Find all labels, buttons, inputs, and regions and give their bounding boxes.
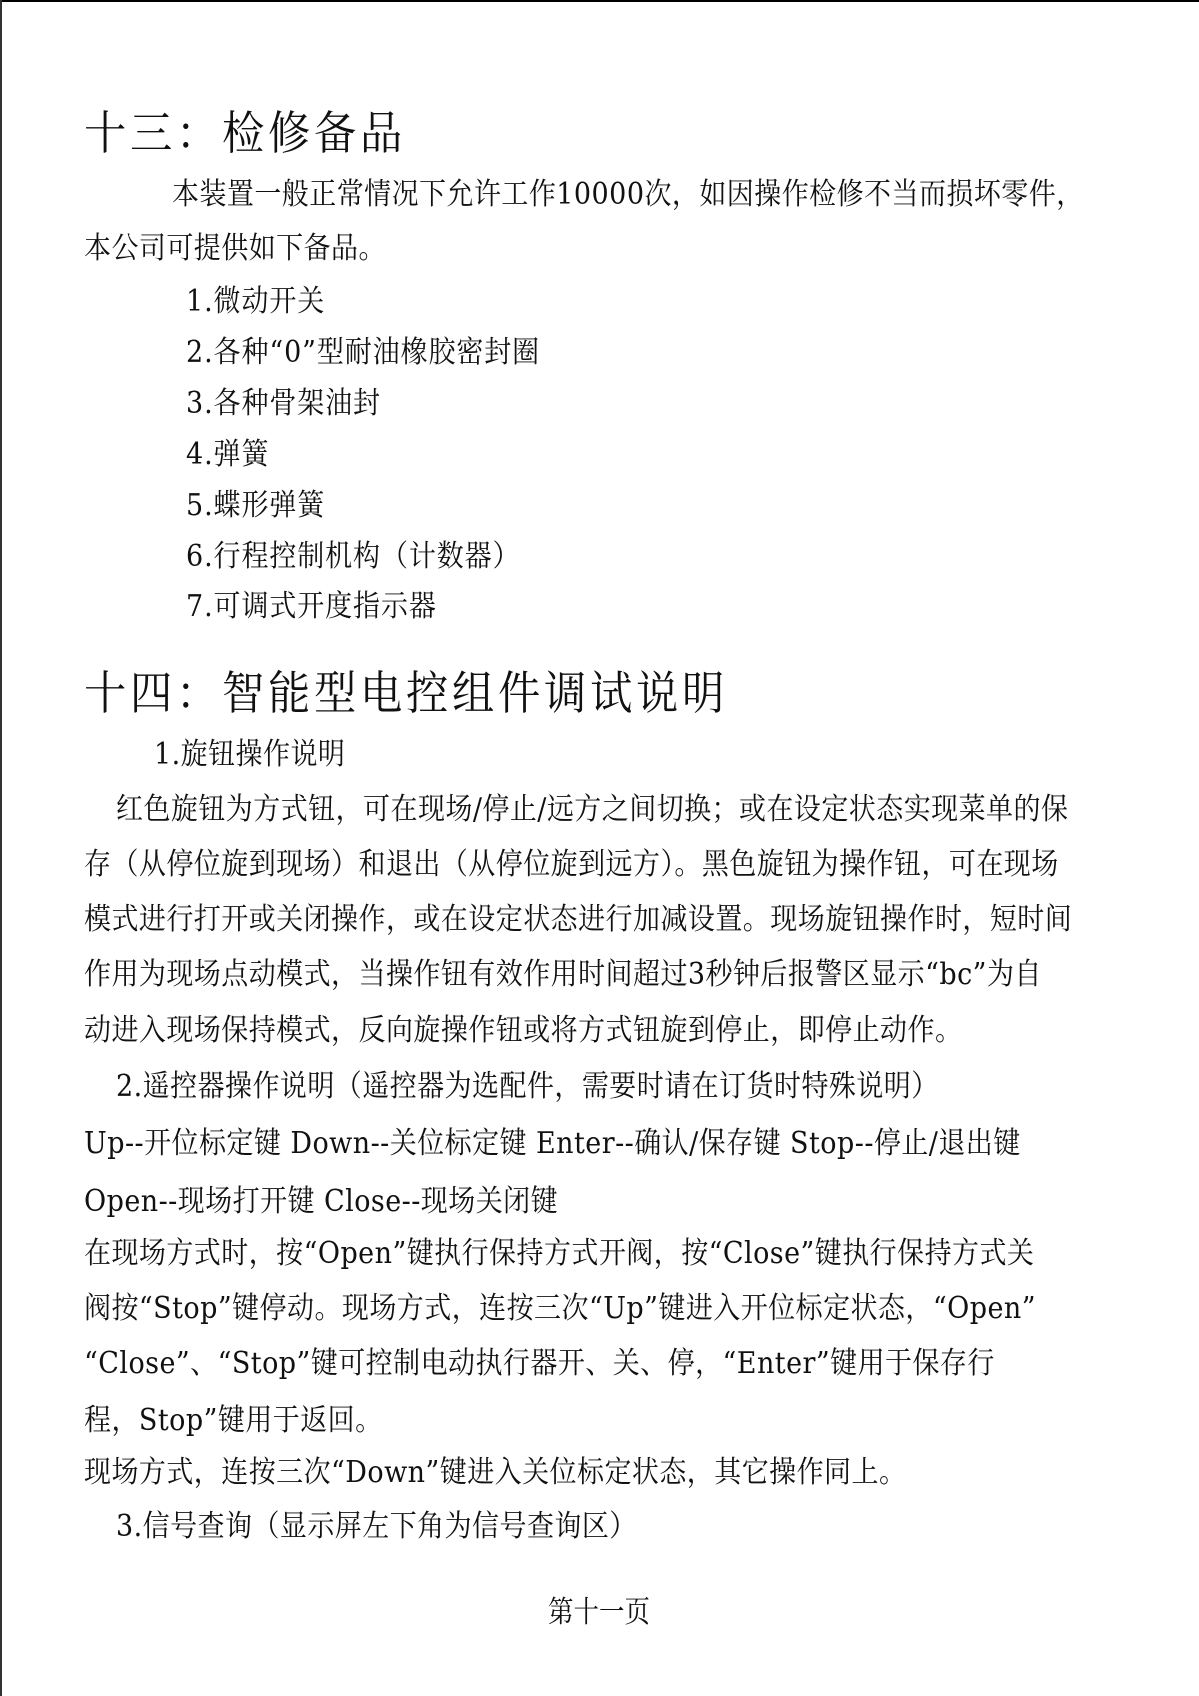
remote-operation-heading: 2.遥控器操作说明（遥控器为选配件，需要时请在订货时特殊说明）	[116, 1072, 939, 1102]
knob-paragraph-line: 存（从停位旋到现场）和退出（从停位旋到远方）。黑色旋钮为操作钮，可在现场	[84, 850, 1059, 880]
section-13-intro-line-2: 本公司可提供如下备品。	[84, 234, 386, 264]
section-13-title: 十三：检修备品	[84, 110, 406, 156]
knob-operation-heading: 1.旋钮操作说明	[154, 740, 345, 770]
knob-paragraph-line: 作用为现场点动模式，当操作钮有效作用时间超过3秒钟后报警区显示“bc”为自	[84, 960, 1042, 990]
spare-part-item: 5.蝶形弹簧	[186, 491, 325, 521]
remote-paragraph-line: 在现场方式时，按“Open”键执行保持方式开阀，按“Close”键执行保持方式关	[84, 1239, 1034, 1269]
spare-part-item: 1.微动开关	[186, 287, 325, 317]
signal-query-heading: 3.信号查询（显示屏左下角为信号查询区）	[116, 1512, 637, 1542]
remote-keys-line-1: Up--开位标定键 Down--关位标定键 Enter--确认/保存键 Stop…	[84, 1129, 1021, 1159]
knob-paragraph-line: 模式进行打开或关闭操作，或在设定状态进行加减设置。现场旋钮操作时，短时间	[84, 905, 1072, 935]
remote-keys-line-2: Open--现场打开键 Close--现场关闭键	[84, 1187, 558, 1217]
spare-part-item: 3.各种骨架油封	[186, 389, 381, 419]
section-14-title: 十四：智能型电控组件调试说明	[84, 670, 728, 716]
knob-paragraph-line: 红色旋钮为方式钮，可在现场/停止/远方之间切换；或在设定状态实现菜单的保	[116, 795, 1068, 825]
spare-part-item: 2.各种“0”型耐油橡胶密封圈	[186, 338, 540, 368]
page-border-top	[0, 0, 1199, 2]
remote-paragraph-line: 程，Stop”键用于返回。	[84, 1406, 383, 1436]
spare-part-item: 7.可调式开度指示器	[186, 592, 437, 622]
page-number: 第十一页	[548, 1598, 650, 1628]
remote-paragraph-line: 阀按“Stop”键停动。现场方式，连按三次“Up”键进入开位标定状态，“Open…	[84, 1294, 1036, 1324]
remote-paragraph-line: 现场方式，连按三次“Down”键进入关位标定状态，其它操作同上。	[84, 1458, 906, 1488]
spare-part-item: 4.弹簧	[186, 440, 269, 470]
remote-paragraph-line: “Close”、“Stop”键可控制电动执行器开、关、停，“Enter”键用于保…	[84, 1349, 995, 1379]
section-13-intro-line-1: 本装置一般正常情况下允许工作10000次，如因操作检修不当而损坏零件，	[172, 180, 1084, 210]
spare-part-item: 6.行程控制机构（计数器）	[186, 542, 520, 572]
page-border-left	[0, 0, 2, 1696]
knob-paragraph-line: 动进入现场保持模式，反向旋操作钮或将方式钮旋到停止，即停止动作。	[84, 1016, 962, 1046]
